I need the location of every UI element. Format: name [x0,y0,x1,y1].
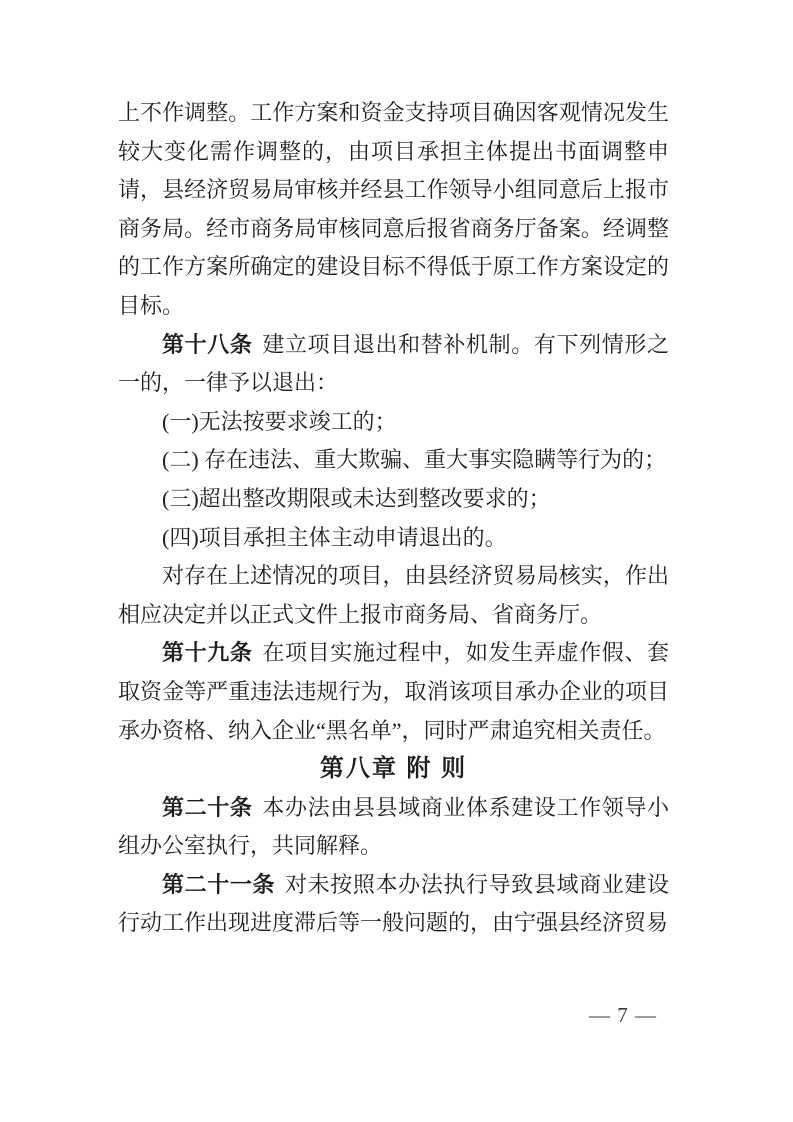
paragraph-text: 对存在上述情况的项目，由县经济贸易局核实，作出相应决定并以正式文件上报市商务局、… [118,563,669,627]
document-page: 上不作调整。工作方案和资金支持项目确因客观情况发生较大变化需作调整的，由项目承担… [0,0,793,1122]
list-item: (三)超出整改期限或未达到整改要求的； [118,480,669,519]
paragraph: 对存在上述情况的项目，由县经济贸易局核实，作出相应决定并以正式文件上报市商务局、… [118,557,669,634]
chapter-heading: 第八章 附 则 [118,750,669,789]
list-item: (四)项目承担主体主动申请退出的。 [118,519,669,558]
paragraph-text: (二) 存在违法、重大欺骗、重大事实隐瞒等行为的； [162,447,666,472]
list-item: (一)无法按要求竣工的； [118,403,669,442]
paragraph: 第二十一条对未按照本办法执行导致县域商业建设行动工作出现进度滞后等一般问题的，由… [118,866,669,943]
paragraph-text: (一)无法按要求竣工的； [162,409,397,434]
paragraph: 第十九条在项目实施过程中，如发生弄虚作假、套取资金等严重违法违规行为，取消该项目… [118,634,669,750]
article-number-bold: 第二十一条 [162,872,275,897]
paragraph-text: (四)项目承担主体主动申请退出的。 [162,525,507,550]
list-item: (二) 存在违法、重大欺骗、重大事实隐瞒等行为的； [118,441,669,480]
page-number: — 7 — [573,1003,673,1027]
page-content: 上不作调整。工作方案和资金支持项目确因客观情况发生较大变化需作调整的，由项目承担… [118,94,669,943]
paragraph: 第二十条本办法由县县域商业体系建设工作领导小组办公室执行，共同解释。 [118,789,669,866]
article-number-bold: 第十九条 [162,640,253,665]
article-number-bold: 第十八条 [162,332,253,357]
paragraph-text: 上不作调整。工作方案和资金支持项目确因客观情况发生较大变化需作调整的，由项目承担… [118,100,669,318]
paragraph-text: (三)超出整改期限或未达到整改要求的； [162,486,551,511]
article-number-bold: 第二十条 [162,795,253,820]
paragraph: 上不作调整。工作方案和资金支持项目确因客观情况发生较大变化需作调整的，由项目承担… [118,94,669,326]
paragraph: 第十八条建立项目退出和替补机制。有下列情形之一的，一律予以退出： [118,326,669,403]
